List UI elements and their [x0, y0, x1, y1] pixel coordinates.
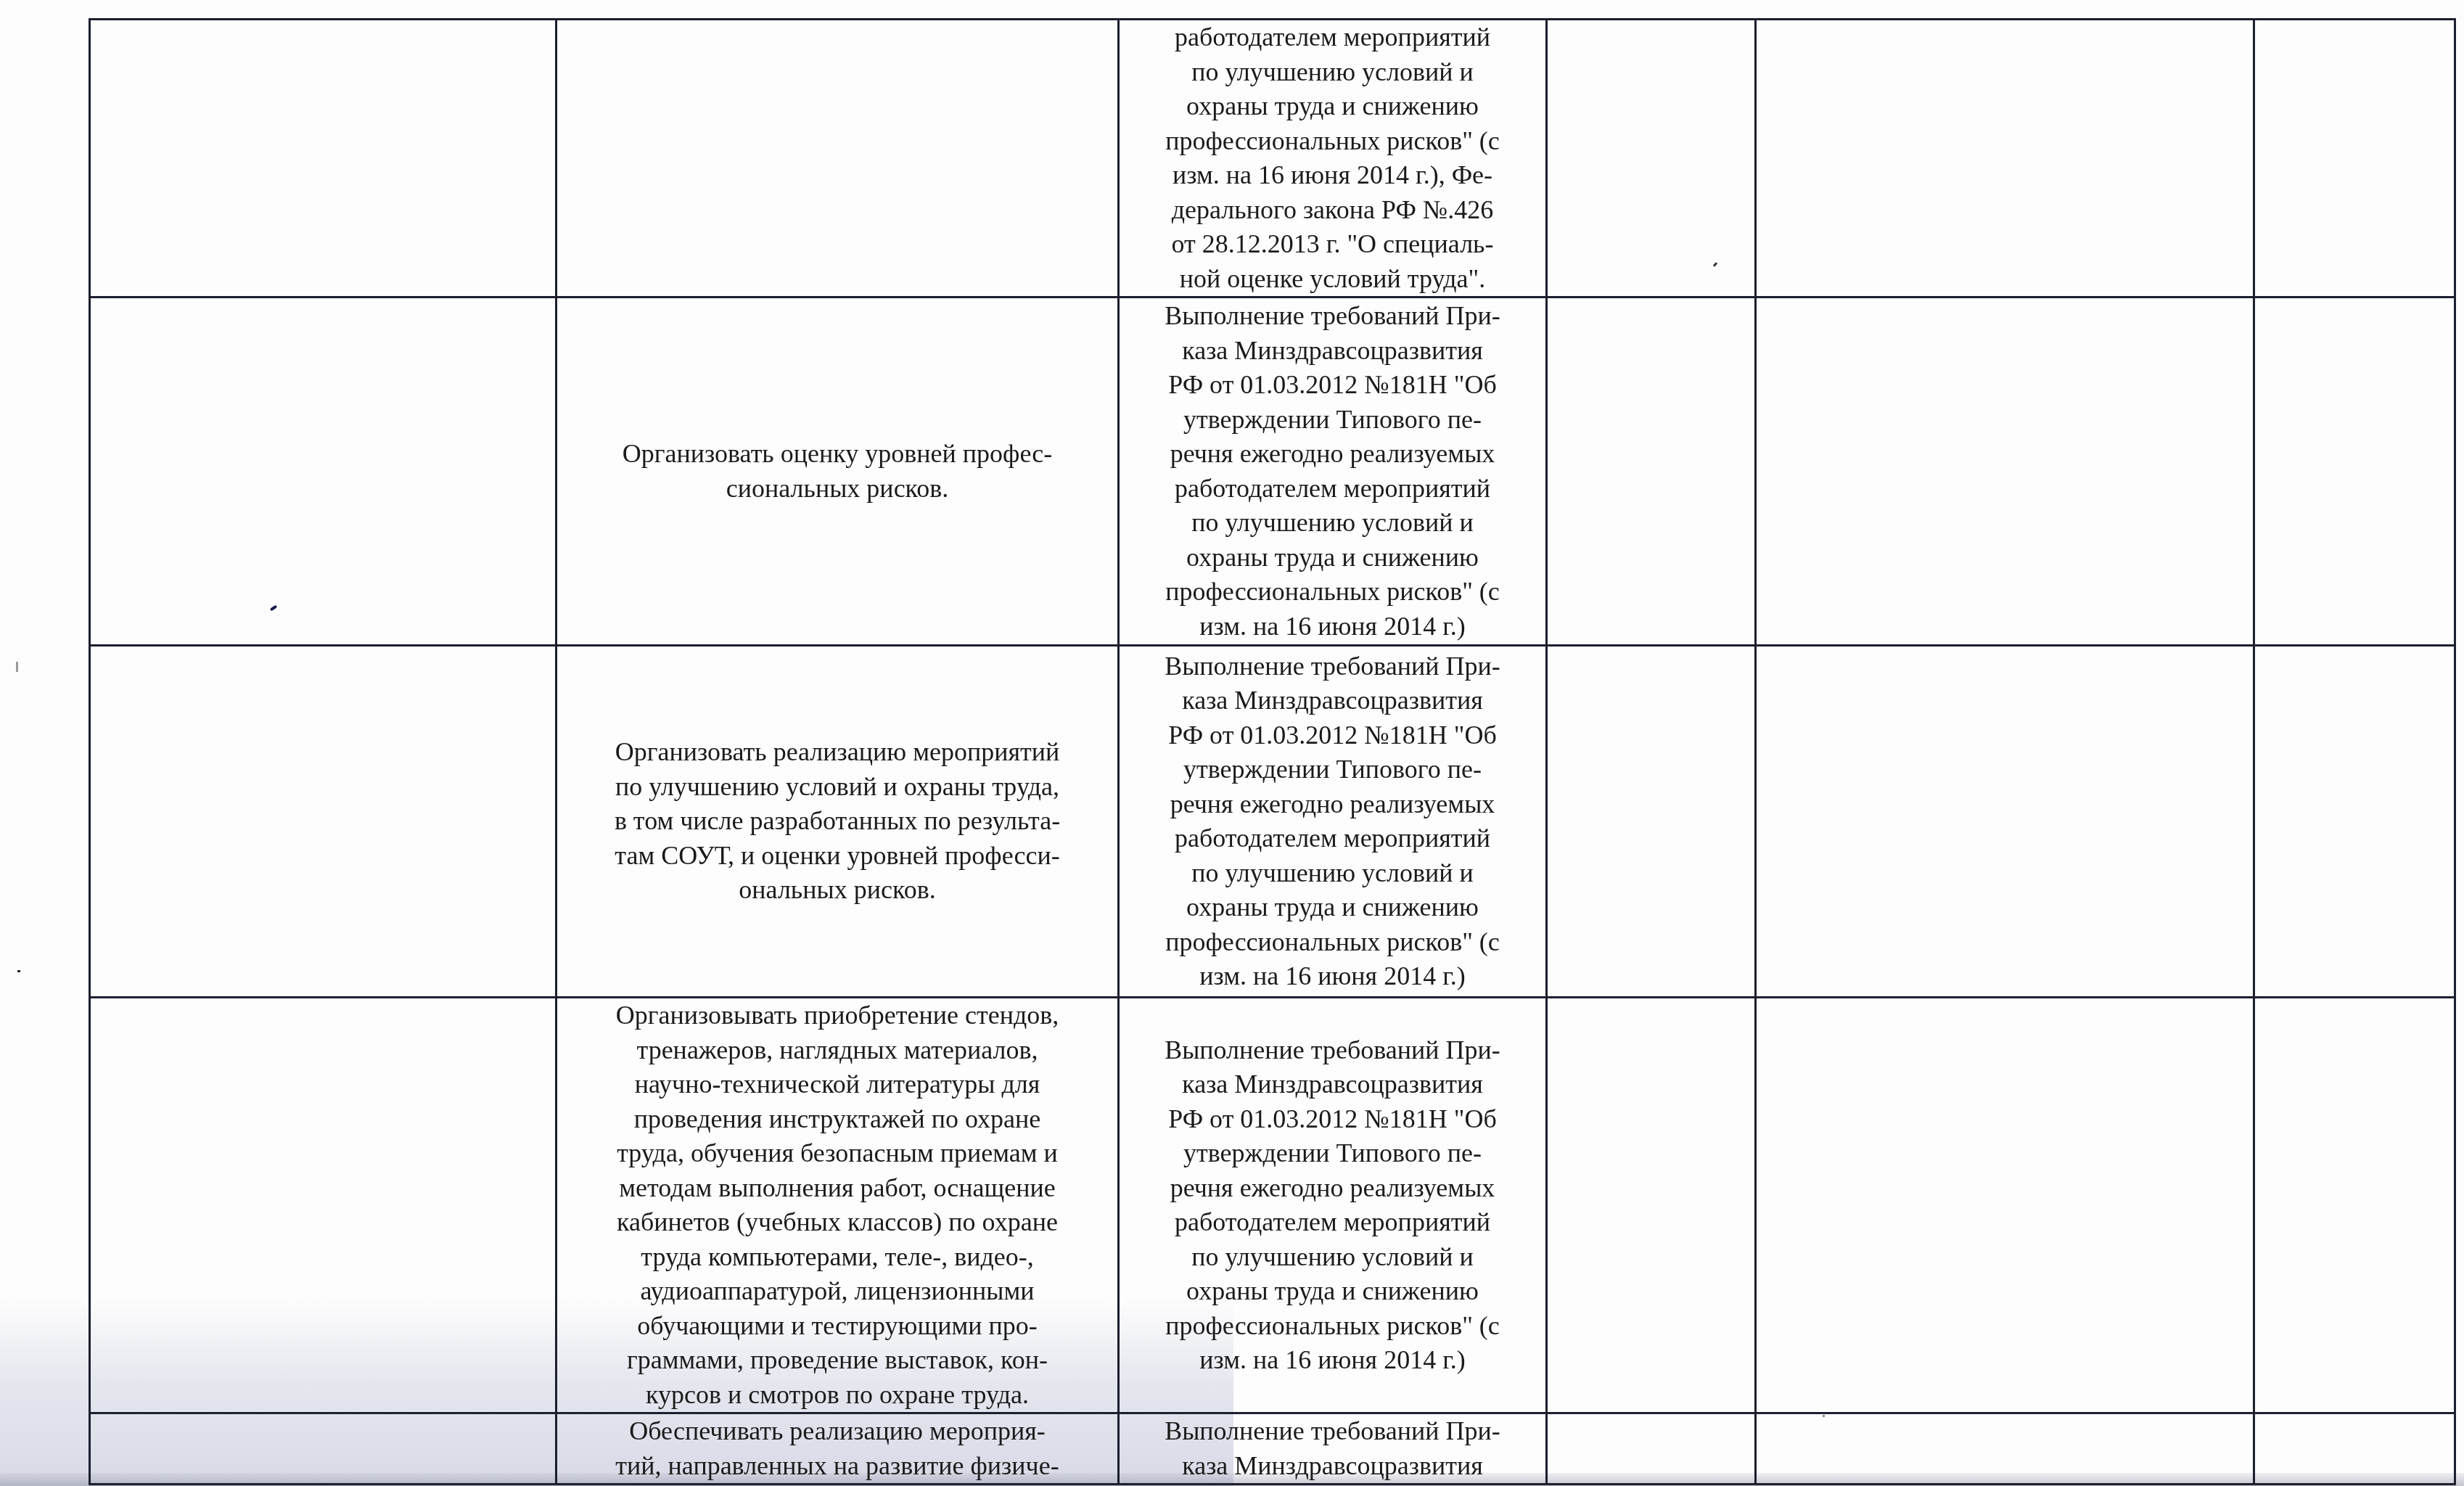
cell-col1: [90, 998, 557, 1413]
cell-col1: [90, 20, 557, 297]
cell-col6: [2254, 998, 2455, 1413]
cell-col5: [1756, 1413, 2254, 1485]
table-row: работодателем мероприятий по улучшению у…: [90, 20, 2455, 297]
cell-col5: [1756, 297, 2254, 646]
table-row: Организовать оценку уровней профес- сион…: [90, 297, 2455, 646]
cell-col4: [1547, 297, 1756, 646]
table-row: Обеспечивать реализацию мероприя- тий, н…: [90, 1413, 2455, 1485]
cell-measure: Обеспечивать реализацию мероприя- тий, н…: [557, 1413, 1119, 1485]
cell-col4: [1547, 646, 1756, 998]
cell-col6: [2254, 646, 2455, 998]
cell-col1: [90, 646, 557, 998]
cell-measure: [557, 20, 1119, 297]
cell-measure: Организовать реализацию мероприятий по у…: [557, 646, 1119, 998]
cell-legal-basis: Выполнение требований При- каза Минздрав…: [1119, 998, 1547, 1413]
cell-col5: [1756, 646, 2254, 998]
cell-col4: [1547, 998, 1756, 1413]
cell-legal-basis: Выполнение требований При- каза Минздрав…: [1119, 646, 1547, 998]
cell-legal-basis: работодателем мероприятий по улучшению у…: [1119, 20, 1547, 297]
measures-table: работодателем мероприятий по улучшению у…: [89, 18, 2456, 1485]
cell-legal-basis: Выполнение требований При- каза Минздрав…: [1119, 297, 1547, 646]
cell-col4: [1547, 20, 1756, 297]
cell-col4: [1547, 1413, 1756, 1485]
cell-col1: [90, 297, 557, 646]
scan-speck: [17, 970, 20, 972]
cell-col6: [2254, 297, 2455, 646]
cell-col5: [1756, 20, 2254, 297]
cell-measure: Организовывать приобретение стендов, тре…: [557, 998, 1119, 1413]
cell-measure: Организовать оценку уровней профес- сион…: [557, 297, 1119, 646]
cell-legal-basis: Выполнение требований При- каза Минздрав…: [1119, 1413, 1547, 1485]
cell-col1: [90, 1413, 557, 1485]
cell-col6: [2254, 1413, 2455, 1485]
scan-speck: [16, 662, 18, 672]
table-row: Организовать реализацию мероприятий по у…: [90, 646, 2455, 998]
table-row: Организовывать приобретение стендов, тре…: [90, 998, 2455, 1413]
cell-col5: [1756, 998, 2254, 1413]
cell-col6: [2254, 20, 2455, 297]
